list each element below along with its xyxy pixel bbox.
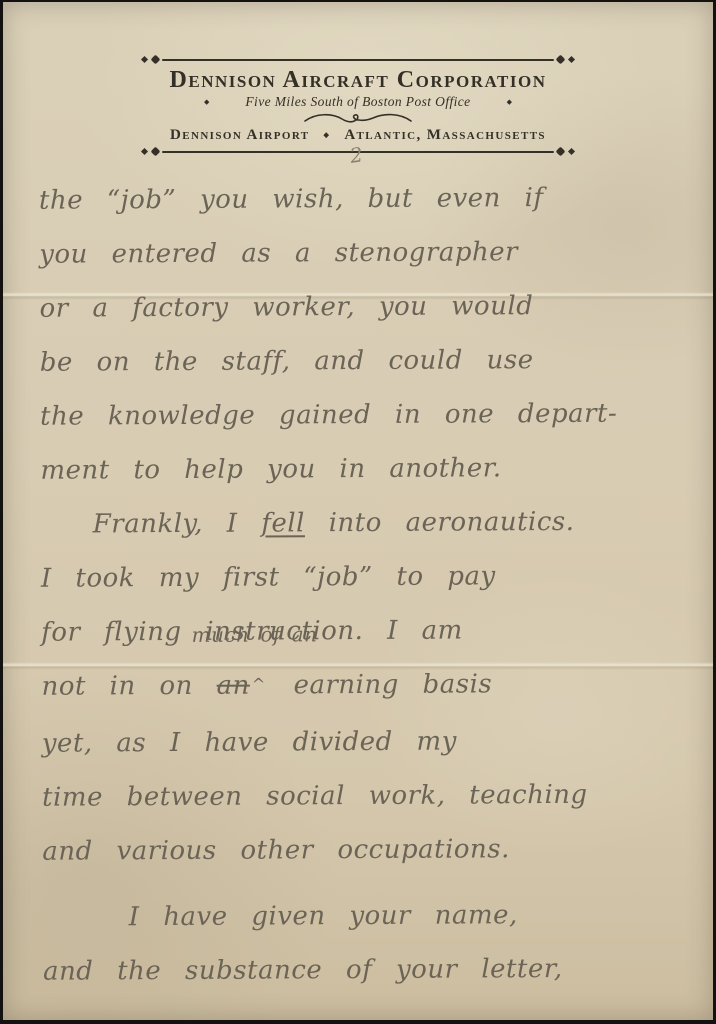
line-text: yet, as I have divided my: [42, 727, 457, 759]
company-name: Dennison Aircraft Corporation: [170, 67, 547, 93]
line-text: or a factory worker, you would: [39, 291, 533, 324]
handwritten-line: time between social work, teaching: [42, 767, 688, 824]
line-text: Frankly, I: [93, 509, 262, 540]
letterhead: Dennison Aircraft Corporation ◆ Five Mil…: [140, 56, 576, 155]
line-text: you entered as a stenographer: [39, 237, 518, 270]
rosette-ornament-icon: [556, 147, 566, 157]
handwritten-line: ment to help you in another.: [40, 440, 686, 497]
handwritten-line: Frankly, I fell into aeronautics.: [41, 494, 687, 551]
handwritten-line: I took my first “job” to pay: [41, 548, 687, 605]
handwritten-line: and the substance of your letter,: [43, 941, 689, 998]
city-name: Atlantic, Massachusetts: [344, 127, 546, 144]
handwritten-line: you entered as a stenographer: [39, 224, 685, 281]
handwritten-line: the knowledge gained in one depart-: [40, 386, 686, 443]
line-text: the “job” you wish, but even if: [39, 183, 544, 216]
tagline-text: Five Miles South of Boston Post Office: [245, 94, 470, 110]
line-text: time between social work, teaching: [42, 780, 588, 813]
line-text: ment to help you in another.: [40, 453, 501, 485]
line-text: the knowledge gained in one depart-: [40, 399, 617, 432]
rosette-ornament-icon: [151, 147, 161, 157]
handwritten-line-with-correction: not in on anmuch of an^ earning basis: [41, 656, 687, 716]
insertion-wrap: much of an^: [250, 658, 270, 715]
struck-word: an: [217, 671, 250, 701]
line-text: into aeronautics.: [305, 507, 575, 538]
ornament-dot-icon: ◆: [507, 99, 512, 106]
line-text: not in on: [41, 671, 216, 702]
paper-sheet: Dennison Aircraft Corporation ◆ Five Mil…: [3, 2, 713, 1020]
scroll-ornament-icon: [302, 111, 414, 126]
letterhead-rule-top: [140, 56, 576, 63]
line-text: and various other occupations.: [42, 834, 510, 866]
page-number: 2: [348, 142, 364, 168]
diamond-ornament-icon: [568, 148, 575, 155]
handwritten-line: for flying instruction. I am: [41, 602, 687, 659]
inserted-text: much of an: [192, 624, 318, 645]
line-text: be on the staff, and could use: [40, 345, 534, 378]
address-row: Dennison Airport ◆ Atlantic, Massachuset…: [170, 127, 546, 144]
line-text: and the substance of your letter,: [43, 954, 563, 987]
ornament-dot-icon: ◆: [324, 132, 331, 139]
handwritten-letter-body: the “job” you wish, but even if you ente…: [39, 170, 689, 998]
handwritten-line: be on the staff, and could use: [40, 332, 686, 389]
handwritten-line: I have given your name,: [43, 887, 689, 944]
line-text: earning basis: [270, 669, 493, 700]
underlined-word: fell: [261, 508, 305, 538]
diamond-ornament-icon: [141, 148, 148, 155]
diamond-ornament-icon: [141, 56, 148, 63]
handwritten-line: the “job” you wish, but even if: [39, 170, 685, 227]
rule-line: [162, 59, 554, 61]
scanned-letter-page: Dennison Aircraft Corporation ◆ Five Mil…: [0, 0, 716, 1024]
handwritten-line: yet, as I have divided my: [42, 713, 688, 770]
handwritten-line: or a factory worker, you would: [39, 278, 685, 335]
line-text: I have given your name,: [129, 900, 518, 932]
rosette-ornament-icon: [556, 55, 566, 65]
tagline-row: ◆ Five Miles South of Boston Post Office…: [204, 94, 512, 110]
handwritten-line: and various other occupations.: [42, 821, 688, 878]
ornament-dot-icon: ◆: [204, 99, 209, 106]
line-text: I took my first “job” to pay: [41, 561, 496, 593]
caret-mark: ^: [252, 658, 266, 712]
diamond-ornament-icon: [568, 56, 575, 63]
rosette-ornament-icon: [151, 55, 161, 65]
airport-name: Dennison Airport: [170, 127, 310, 144]
